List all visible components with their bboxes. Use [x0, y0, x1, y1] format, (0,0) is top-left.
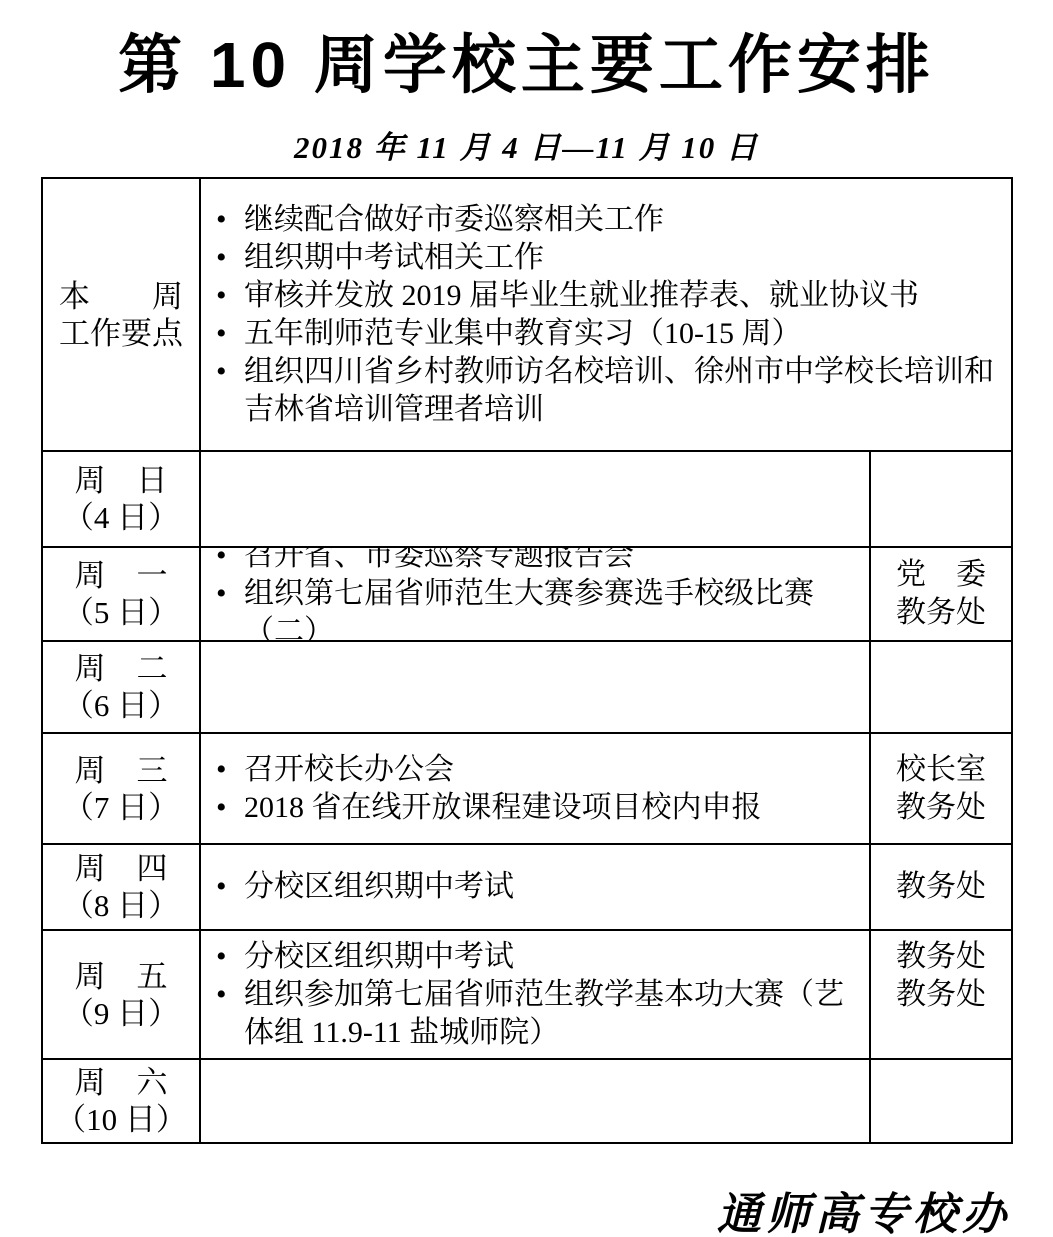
summary-item: 审核并发放 2019 届毕业生就业推荐表、就业协议书	[216, 277, 1001, 315]
day-row-monday: 周 一 （5 日） 召开省、市委巡察专题报告会 组织第七届省师范生大赛参赛选手校…	[43, 548, 1011, 642]
day-name: 周 六	[43, 1064, 199, 1101]
day-row-thursday: 周 四 （8 日） 分校区组织期中考试 教务处	[43, 845, 1011, 931]
day-date: （6 日）	[43, 687, 199, 724]
day-item: 分校区组织期中考试	[216, 868, 859, 906]
summary-label-line2: 工作要点	[43, 315, 199, 352]
day-cell: 周 一 （5 日）	[43, 548, 201, 640]
day-date: （9 日）	[43, 995, 199, 1032]
dept-cell	[869, 1060, 1011, 1142]
summary-item: 组织四川省乡村教师访名校培训、徐州市中学校长培训和吉林省培训管理者培训	[216, 353, 1001, 429]
day-row-wednesday: 周 三 （7 日） 召开校长办公会 2018 省在线开放课程建设项目校内申报 校…	[43, 734, 1011, 845]
dept-name: 党 委	[871, 556, 1011, 594]
day-name: 周 日	[43, 462, 199, 499]
day-items: 分校区组织期中考试	[201, 845, 869, 929]
dept-cell: 校长室 教务处	[869, 734, 1011, 843]
day-name: 周 三	[43, 752, 199, 789]
day-name: 周 四	[43, 850, 199, 887]
day-item: 召开省、市委巡察专题报告会	[216, 548, 859, 575]
day-row-tuesday: 周 二 （6 日）	[43, 642, 1011, 734]
dept-cell: 党 委 教务处	[869, 548, 1011, 640]
dept-cell: 教务处	[869, 845, 1011, 929]
day-items: 召开省、市委巡察专题报告会 组织第七届省师范生大赛参赛选手校级比赛（二）	[201, 548, 869, 640]
day-items	[201, 452, 869, 546]
day-date: （7 日）	[43, 789, 199, 826]
summary-item: 继续配合做好市委巡察相关工作	[216, 201, 1001, 239]
dept-name: 教务处	[871, 594, 1011, 632]
day-date: （4 日）	[43, 499, 199, 536]
dept-name: 教务处	[871, 789, 1011, 827]
day-item: 分校区组织期中考试	[216, 938, 859, 976]
day-items	[201, 642, 869, 732]
day-cell: 周 二 （6 日）	[43, 642, 201, 732]
day-row-friday: 周 五 （9 日） 分校区组织期中考试 组织参加第七届省师范生教学基本功大赛（艺…	[43, 931, 1011, 1060]
summary-row-label: 本 周 工作要点	[43, 179, 201, 450]
day-name: 周 五	[43, 958, 199, 995]
day-item: 召开校长办公会	[216, 751, 859, 789]
dept-cell	[869, 452, 1011, 546]
day-item: 组织第七届省师范生大赛参赛选手校级比赛（二）	[216, 575, 859, 640]
day-row-saturday: 周 六 （10 日）	[43, 1060, 1011, 1142]
page-title: 第 10 周学校主要工作安排	[0, 14, 1053, 106]
document-page: 第 10 周学校主要工作安排 2018 年 11 月 4 日—11 月 10 日…	[0, 0, 1053, 1237]
day-date: （5 日）	[43, 594, 199, 631]
schedule-table: 本 周 工作要点 继续配合做好市委巡察相关工作 组织期中考试相关工作 审核并发放…	[41, 177, 1013, 1144]
day-item: 2018 省在线开放课程建设项目校内申报	[216, 789, 859, 827]
dept-cell	[869, 642, 1011, 732]
day-cell: 周 三 （7 日）	[43, 734, 201, 843]
dept-cell: 教务处 教务处	[869, 931, 1011, 1058]
summary-item: 五年制师范专业集中教育实习（10-15 周）	[216, 315, 1001, 353]
day-items	[201, 1060, 869, 1142]
day-name: 周 一	[43, 557, 199, 594]
dept-name: 校长室	[871, 751, 1011, 789]
day-cell: 周 六 （10 日）	[43, 1060, 201, 1142]
day-cell: 周 五 （9 日）	[43, 931, 201, 1058]
day-date: （10 日）	[43, 1101, 199, 1138]
summary-item: 组织期中考试相关工作	[216, 239, 1001, 277]
day-items: 分校区组织期中考试 组织参加第七届省师范生教学基本功大赛（艺体组 11.9-11…	[201, 931, 869, 1058]
day-items: 召开校长办公会 2018 省在线开放课程建设项目校内申报	[201, 734, 869, 843]
office-signature: 通师高专校办	[717, 1178, 1011, 1237]
summary-row: 本 周 工作要点 继续配合做好市委巡察相关工作 组织期中考试相关工作 审核并发放…	[43, 179, 1011, 452]
day-date: （8 日）	[43, 887, 199, 924]
day-item: 组织参加第七届省师范生教学基本功大赛（艺体组 11.9-11 盐城师院）	[216, 976, 859, 1052]
summary-items: 继续配合做好市委巡察相关工作 组织期中考试相关工作 审核并发放 2019 届毕业…	[201, 179, 1011, 450]
date-range: 2018 年 11 月 4 日—11 月 10 日	[0, 122, 1053, 167]
dept-name: 教务处	[871, 938, 1011, 976]
dept-name: 教务处	[871, 976, 1011, 1014]
day-cell: 周 日 （4 日）	[43, 452, 201, 546]
dept-name: 教务处	[871, 868, 1011, 906]
day-name: 周 二	[43, 650, 199, 687]
summary-label-line1: 本 周	[43, 278, 199, 315]
day-cell: 周 四 （8 日）	[43, 845, 201, 929]
day-row-sunday: 周 日 （4 日）	[43, 452, 1011, 548]
